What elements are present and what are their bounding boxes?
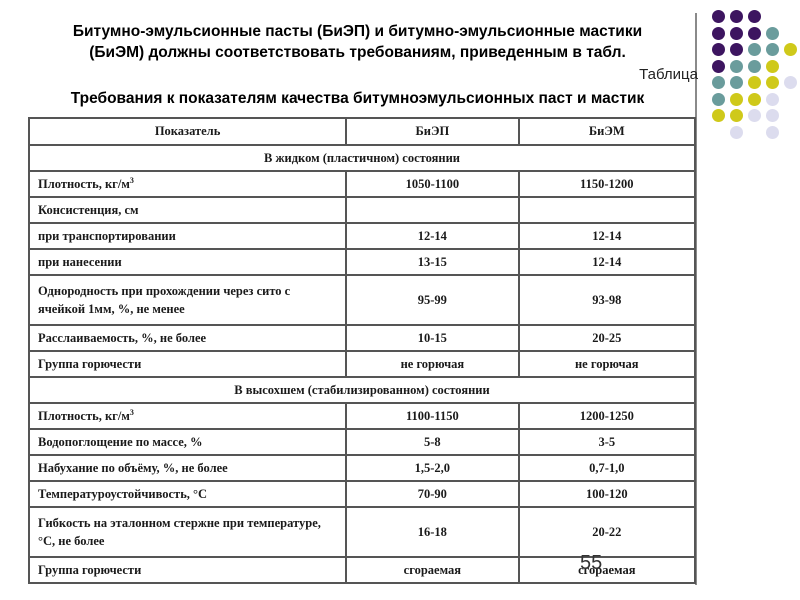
unit-superscript: 3 (130, 408, 134, 417)
decorative-dot (748, 43, 761, 56)
indicator-cell: Гибкость на эталонном стержне при темпер… (29, 507, 346, 557)
indicator-cell: Группа горючести (29, 557, 346, 583)
decorative-dot (766, 126, 779, 139)
decorative-dot (712, 93, 725, 106)
indicator-name: Гибкость на эталонном стержне при темпер… (38, 516, 321, 548)
indicator-cell: Плотность, кг/м3 (29, 171, 346, 197)
biep-value: сгораемая (346, 557, 518, 583)
biep-value: 70-90 (346, 481, 518, 507)
biep-value: 5-8 (346, 429, 518, 455)
decorative-dot (766, 76, 779, 89)
biem-value: 20-25 (519, 325, 695, 351)
indicator-name: при транспортировании (38, 229, 176, 243)
biem-value (519, 197, 695, 223)
biem-value: 12-14 (519, 223, 695, 249)
table-row: Группа горючестине горючаяне горючая (29, 351, 695, 377)
unit-superscript: 3 (130, 176, 134, 185)
indicator-name: Однородность при прохождении через сито … (38, 284, 290, 316)
biep-value: 1100-1150 (346, 403, 518, 429)
biem-value: 93-98 (519, 275, 695, 325)
biem-value: 1150-1200 (519, 171, 695, 197)
decorative-dot (730, 43, 743, 56)
table-row: Однородность при прохождении через сито … (29, 275, 695, 325)
indicator-cell: Водопоглощение по массе, % (29, 429, 346, 455)
decorative-dot (712, 109, 725, 122)
decorative-dot (748, 76, 761, 89)
biem-value: 0,7-1,0 (519, 455, 695, 481)
section-row: В высохшем (стабилизированном) состоянии (29, 377, 695, 403)
indicator-cell: Однородность при прохождении через сито … (29, 275, 346, 325)
table-title: Требования к показателям качества битумн… (20, 88, 695, 109)
decorative-dot (766, 60, 779, 73)
biem-value: 12-14 (519, 249, 695, 275)
biep-value: 95-99 (346, 275, 518, 325)
section-row: В жидком (пластичном) состоянии (29, 145, 695, 171)
section-title: В высохшем (стабилизированном) состоянии (29, 377, 695, 403)
page-number: 55 (580, 552, 602, 575)
decorative-dot (730, 109, 743, 122)
table-label: Таблица (639, 66, 698, 83)
decorative-dot (712, 10, 725, 23)
indicator-name: Набухание по объёму, %, не более (38, 461, 228, 475)
indicator-cell: при нанесении (29, 249, 346, 275)
biep-value: 16-18 (346, 507, 518, 557)
table-row: Консистенция, см (29, 197, 695, 223)
decorative-dot (730, 76, 743, 89)
biep-value: не горючая (346, 351, 518, 377)
decorative-dot (748, 27, 761, 40)
intro-heading: Битумно-эмульсионные пасты (БиЭП) и биту… (20, 21, 695, 63)
decorative-dot (730, 93, 743, 106)
indicator-name: Плотность, кг/м (38, 409, 130, 423)
header-indicator: Показатель (29, 118, 346, 145)
indicator-name: Группа горючести (38, 357, 141, 371)
biep-value: 12-14 (346, 223, 518, 249)
biem-value: 1200-1250 (519, 403, 695, 429)
biep-value: 13-15 (346, 249, 518, 275)
table-row: Набухание по объёму, %, не более1,5-2,00… (29, 455, 695, 481)
indicator-name: Консистенция, см (38, 203, 139, 217)
decorative-dot (748, 93, 761, 106)
decorative-dot (712, 43, 725, 56)
biem-value: 20-22 (519, 507, 695, 557)
table-row: Водопоглощение по массе, %5-83-5 (29, 429, 695, 455)
biem-value: 100-120 (519, 481, 695, 507)
decorative-dot (766, 27, 779, 40)
decorative-dot (730, 10, 743, 23)
indicator-cell: Консистенция, см (29, 197, 346, 223)
decorative-dot-pattern (712, 10, 800, 130)
table-header-row: Показатель БиЭП БиЭМ (29, 118, 695, 145)
indicator-name: Температуроустойчивость, °С (38, 487, 207, 501)
table-row: Температуроустойчивость, °С70-90100-120 (29, 481, 695, 507)
decorative-dot (784, 76, 797, 89)
indicator-cell: Группа горючести (29, 351, 346, 377)
decorative-dot (766, 109, 779, 122)
biep-value (346, 197, 518, 223)
indicator-cell: Расслаиваемость, %, не более (29, 325, 346, 351)
table-row: Плотность, кг/м31100-11501200-1250 (29, 403, 695, 429)
biep-value: 10-15 (346, 325, 518, 351)
decorative-dot (730, 126, 743, 139)
indicator-cell: Набухание по объёму, %, не более (29, 455, 346, 481)
biem-value: 3-5 (519, 429, 695, 455)
table-row: Плотность, кг/м31050-11001150-1200 (29, 171, 695, 197)
indicator-name: Водопоглощение по массе, % (38, 435, 203, 449)
intro-line-1: Битумно-эмульсионные пасты (БиЭП) и биту… (20, 21, 695, 42)
section-title: В жидком (пластичном) состоянии (29, 145, 695, 171)
biem-value: не горючая (519, 351, 695, 377)
indicator-name: Плотность, кг/м (38, 177, 130, 191)
decorative-dot (748, 109, 761, 122)
intro-line-2: (БиЭМ) должны соответствовать требования… (20, 42, 695, 63)
indicator-name: Группа горючести (38, 563, 141, 577)
biep-value: 1050-1100 (346, 171, 518, 197)
decorative-dot (730, 27, 743, 40)
decorative-dot (784, 43, 797, 56)
decorative-dot (748, 60, 761, 73)
decorative-dot (766, 43, 779, 56)
decorative-dot (730, 60, 743, 73)
header-biep: БиЭП (346, 118, 518, 145)
table-row: Расслаиваемость, %, не более10-1520-25 (29, 325, 695, 351)
decorative-dot (748, 10, 761, 23)
indicator-cell: Температуроустойчивость, °С (29, 481, 346, 507)
header-biem: БиЭМ (519, 118, 695, 145)
indicator-cell: Плотность, кг/м3 (29, 403, 346, 429)
decorative-dot (712, 76, 725, 89)
table-row: при нанесении13-1512-14 (29, 249, 695, 275)
biep-value: 1,5-2,0 (346, 455, 518, 481)
table-row: Гибкость на эталонном стержне при темпер… (29, 507, 695, 557)
indicator-cell: при транспортировании (29, 223, 346, 249)
decorative-dot (712, 27, 725, 40)
indicator-name: Расслаиваемость, %, не более (38, 331, 206, 345)
decorative-dot (712, 60, 725, 73)
decorative-dot (766, 93, 779, 106)
biem-value: сгораемая (519, 557, 695, 583)
requirements-table: Показатель БиЭП БиЭМ В жидком (пластично… (28, 117, 696, 584)
table-row: при транспортировании12-1412-14 (29, 223, 695, 249)
indicator-name: при нанесении (38, 255, 122, 269)
